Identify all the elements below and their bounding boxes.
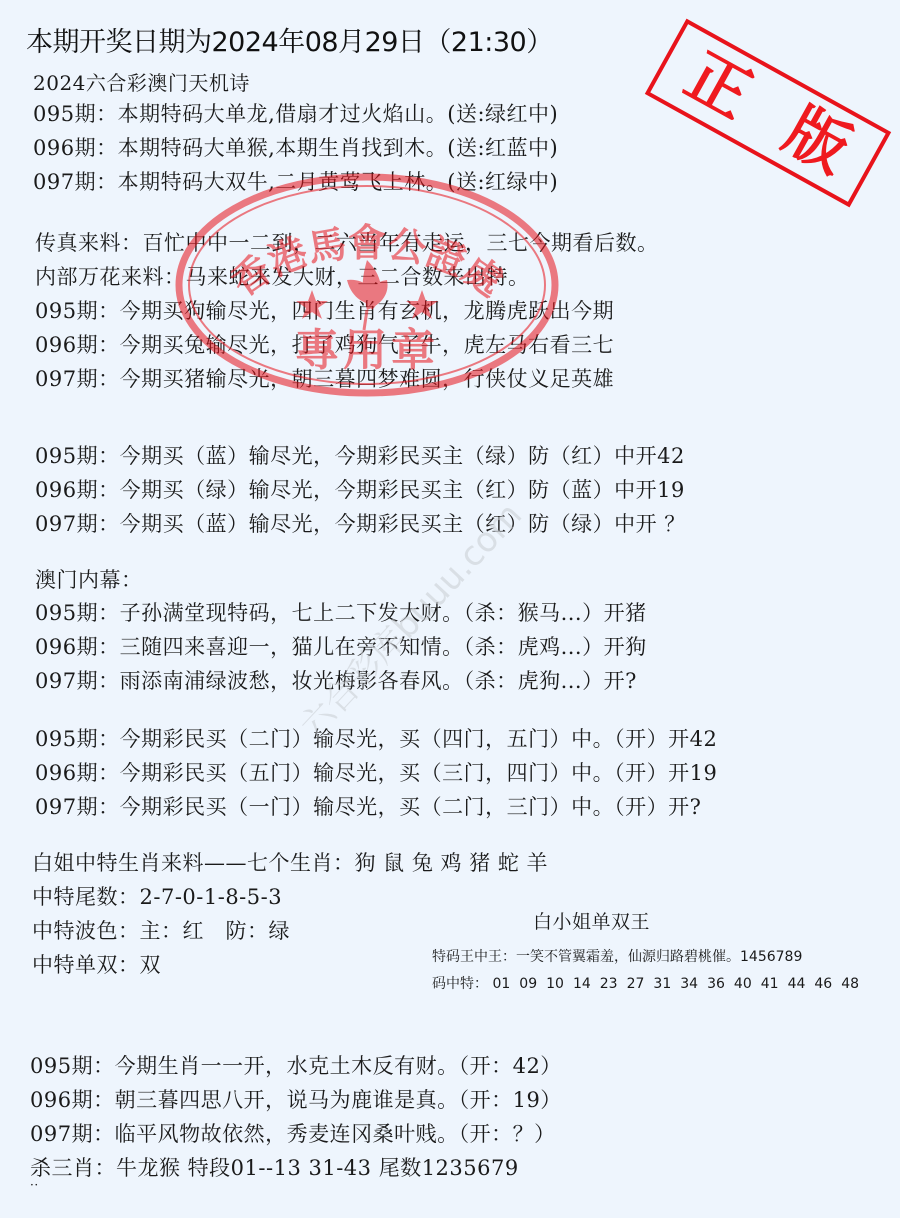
poem-line: 095期：本期特码大单龙,借扇才过火焰山。(送:绿红中) (33, 101, 558, 127)
wave-line: 中特波色：主：红 防：绿 (32, 918, 290, 944)
genuine-stamp: 正 版 (645, 19, 891, 208)
number-chip: 46 (814, 976, 832, 992)
number-chip: 36 (707, 976, 725, 992)
page-title: 本期开奖日期为2024年08月29日（21:30） (26, 27, 553, 59)
numbers-list: 0109101423273134364041444648 (492, 976, 868, 992)
number-chip: 10 (546, 976, 564, 992)
door-line: 096期：今期彩民买（五门）输尽光，买（三门，四门）中。（开）开19 (35, 760, 717, 786)
color-line: 097期：今期买（蓝）输尽光，今期彩民买主（红）防（绿）中开 ？ (35, 511, 686, 537)
door-line: 095期：今期彩民买（二门）输尽光，买（四门，五门）中。（开）开42 (35, 726, 717, 752)
number-chip: 27 (627, 976, 645, 992)
zodiac-open-line: 096期：朝三暮四思八开，说马为鹿谁是真。（开：19） (30, 1087, 562, 1113)
number-chip: 31 (653, 976, 671, 992)
fax-line: 内部万花来料：马来蛇来发大财，三二合数来出特。 (35, 264, 530, 290)
number-chip: 44 (788, 976, 806, 992)
trailing-dots: ·· (30, 1178, 39, 1192)
odd-even-line: 中特单双：双 (32, 952, 161, 978)
numbers-line: 码中特： 0109101423273134364041444648 (432, 975, 868, 993)
poem-line: 096期：本期特码大单猴,本期生肖找到木。(送:红蓝中) (33, 135, 558, 161)
color-line: 096期：今期买（绿）输尽光，今期彩民买主（红）防（蓝）中开19 (35, 477, 685, 503)
number-chip: 40 (734, 976, 752, 992)
door-line: 097期：今期彩民买（一门）输尽光，买（二门，三门）中。（开）开? (35, 794, 701, 820)
zodiac-line: 白姐中特生肖来料——七个生肖：狗 鼠 兔 鸡 猪 蛇 羊 (32, 850, 548, 876)
poem-line: 097期：本期特码大双牛,二月黄莺飞上林。(送:红绿中) (33, 169, 558, 195)
zodiac-open-line: 097期：临平风物故依然，秀麦连冈桑叶贱。（开：？） (30, 1121, 556, 1147)
fax-line: 097期：今期买猪输尽光，朝三暮四梦难圆，行侠仗义足英雄 (35, 366, 614, 392)
fax-line: 096期：今期买兔输尽光，打了鸡狗气了牛，虎左马右看三七 (35, 332, 614, 358)
tail-line: 中特尾数：2-7-0-1-8-5-3 (32, 884, 282, 910)
number-chip: 01 (492, 976, 510, 992)
numbers-label: 码中特： (432, 976, 488, 992)
document-page: 本期开奖日期为2024年08月29日（21:30） 2024六合彩澳门天机诗 0… (0, 0, 900, 1218)
macau-line: 095期：子孙满堂现特码，七上二下发大财。（杀：猴马...）开猪 (35, 600, 647, 626)
number-chip: 14 (573, 976, 591, 992)
bai-box-title: 白小姐单双王 (533, 910, 650, 934)
zodiac-open-line: 095期：今期生肖一一开，水克土木反有财。（开：42） (30, 1053, 562, 1079)
macau-line: 097期：雨添南浦绿波愁，妆光梅影各春风。（杀：虎狗...）开? (35, 668, 637, 694)
number-chip: 23 (600, 976, 618, 992)
genuine-label-1: 正 (674, 40, 762, 131)
fax-line: 095期：今期买狗输尽光，四门生肖有玄机，龙腾虎跃出今期 (35, 298, 614, 324)
number-chip: 09 (519, 976, 537, 992)
number-chip: 41 (761, 976, 779, 992)
macau-heading: 澳门内幕： (35, 567, 143, 593)
color-line: 095期：今期买（蓝）输尽光，今期彩民买主（绿）防（红）中开42 (35, 443, 685, 469)
genuine-label-2: 版 (773, 95, 861, 186)
poem-heading: 2024六合彩澳门天机诗 (33, 70, 250, 96)
macau-line: 096期：三随四来喜迎一，猫儿在旁不知情。（杀：虎鸡...）开狗 (35, 634, 647, 660)
number-chip: 48 (841, 976, 859, 992)
fax-line: 传真来料：百忙中中一二到，二六当年有走运，三七今期看后数。 (35, 230, 659, 256)
kill-line: 杀三肖：牛龙猴 特段01--13 31-43 尾数1235679 (30, 1155, 519, 1181)
king-line: 特码王中王：一笑不管翼霜羞，仙源归路碧桃催。1456789 (432, 948, 802, 966)
number-chip: 34 (680, 976, 698, 992)
